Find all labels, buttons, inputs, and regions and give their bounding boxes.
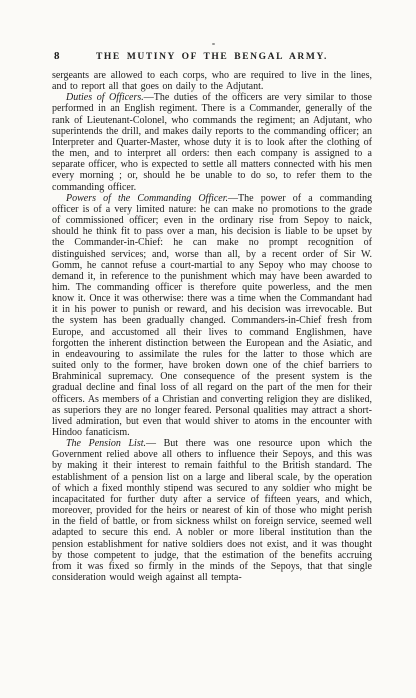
paragraph-lead: Powers of the Commanding Officer.: [66, 193, 228, 204]
running-title: THE MUTINY OF THE BENGAL ARMY.: [52, 50, 372, 62]
page-body: sergeants are allowed to each corps, who…: [52, 70, 372, 583]
page-number: 8: [54, 50, 60, 62]
paragraph-lead: The Pension List.: [66, 438, 146, 449]
scan-artifact-speck: [212, 43, 215, 45]
paragraph-text: sergeants are allowed to each corps, who…: [52, 70, 372, 92]
running-head: 8 THE MUTINY OF THE BENGAL ARMY.: [52, 50, 372, 64]
paragraph-powers-of-commanding-officer: Powers of the Commanding Officer.—The po…: [52, 193, 372, 438]
paragraph-text: — But there was one resource upon which …: [52, 438, 372, 583]
paragraph-duties-of-officers: Duties of Officers.—The duties of the of…: [52, 92, 372, 192]
paragraph-continuation: sergeants are allowed to each corps, who…: [52, 70, 372, 92]
paragraph-lead: Duties of Officers.: [66, 92, 144, 103]
paragraph-pension-list: The Pension List.— But there was one res…: [52, 438, 372, 583]
paragraph-text: —The power of a commanding officer is of…: [52, 193, 372, 438]
paragraph-text: —The duties of the officers are very sim…: [52, 92, 372, 192]
book-page: 8 THE MUTINY OF THE BENGAL ARMY. sergean…: [0, 0, 416, 698]
